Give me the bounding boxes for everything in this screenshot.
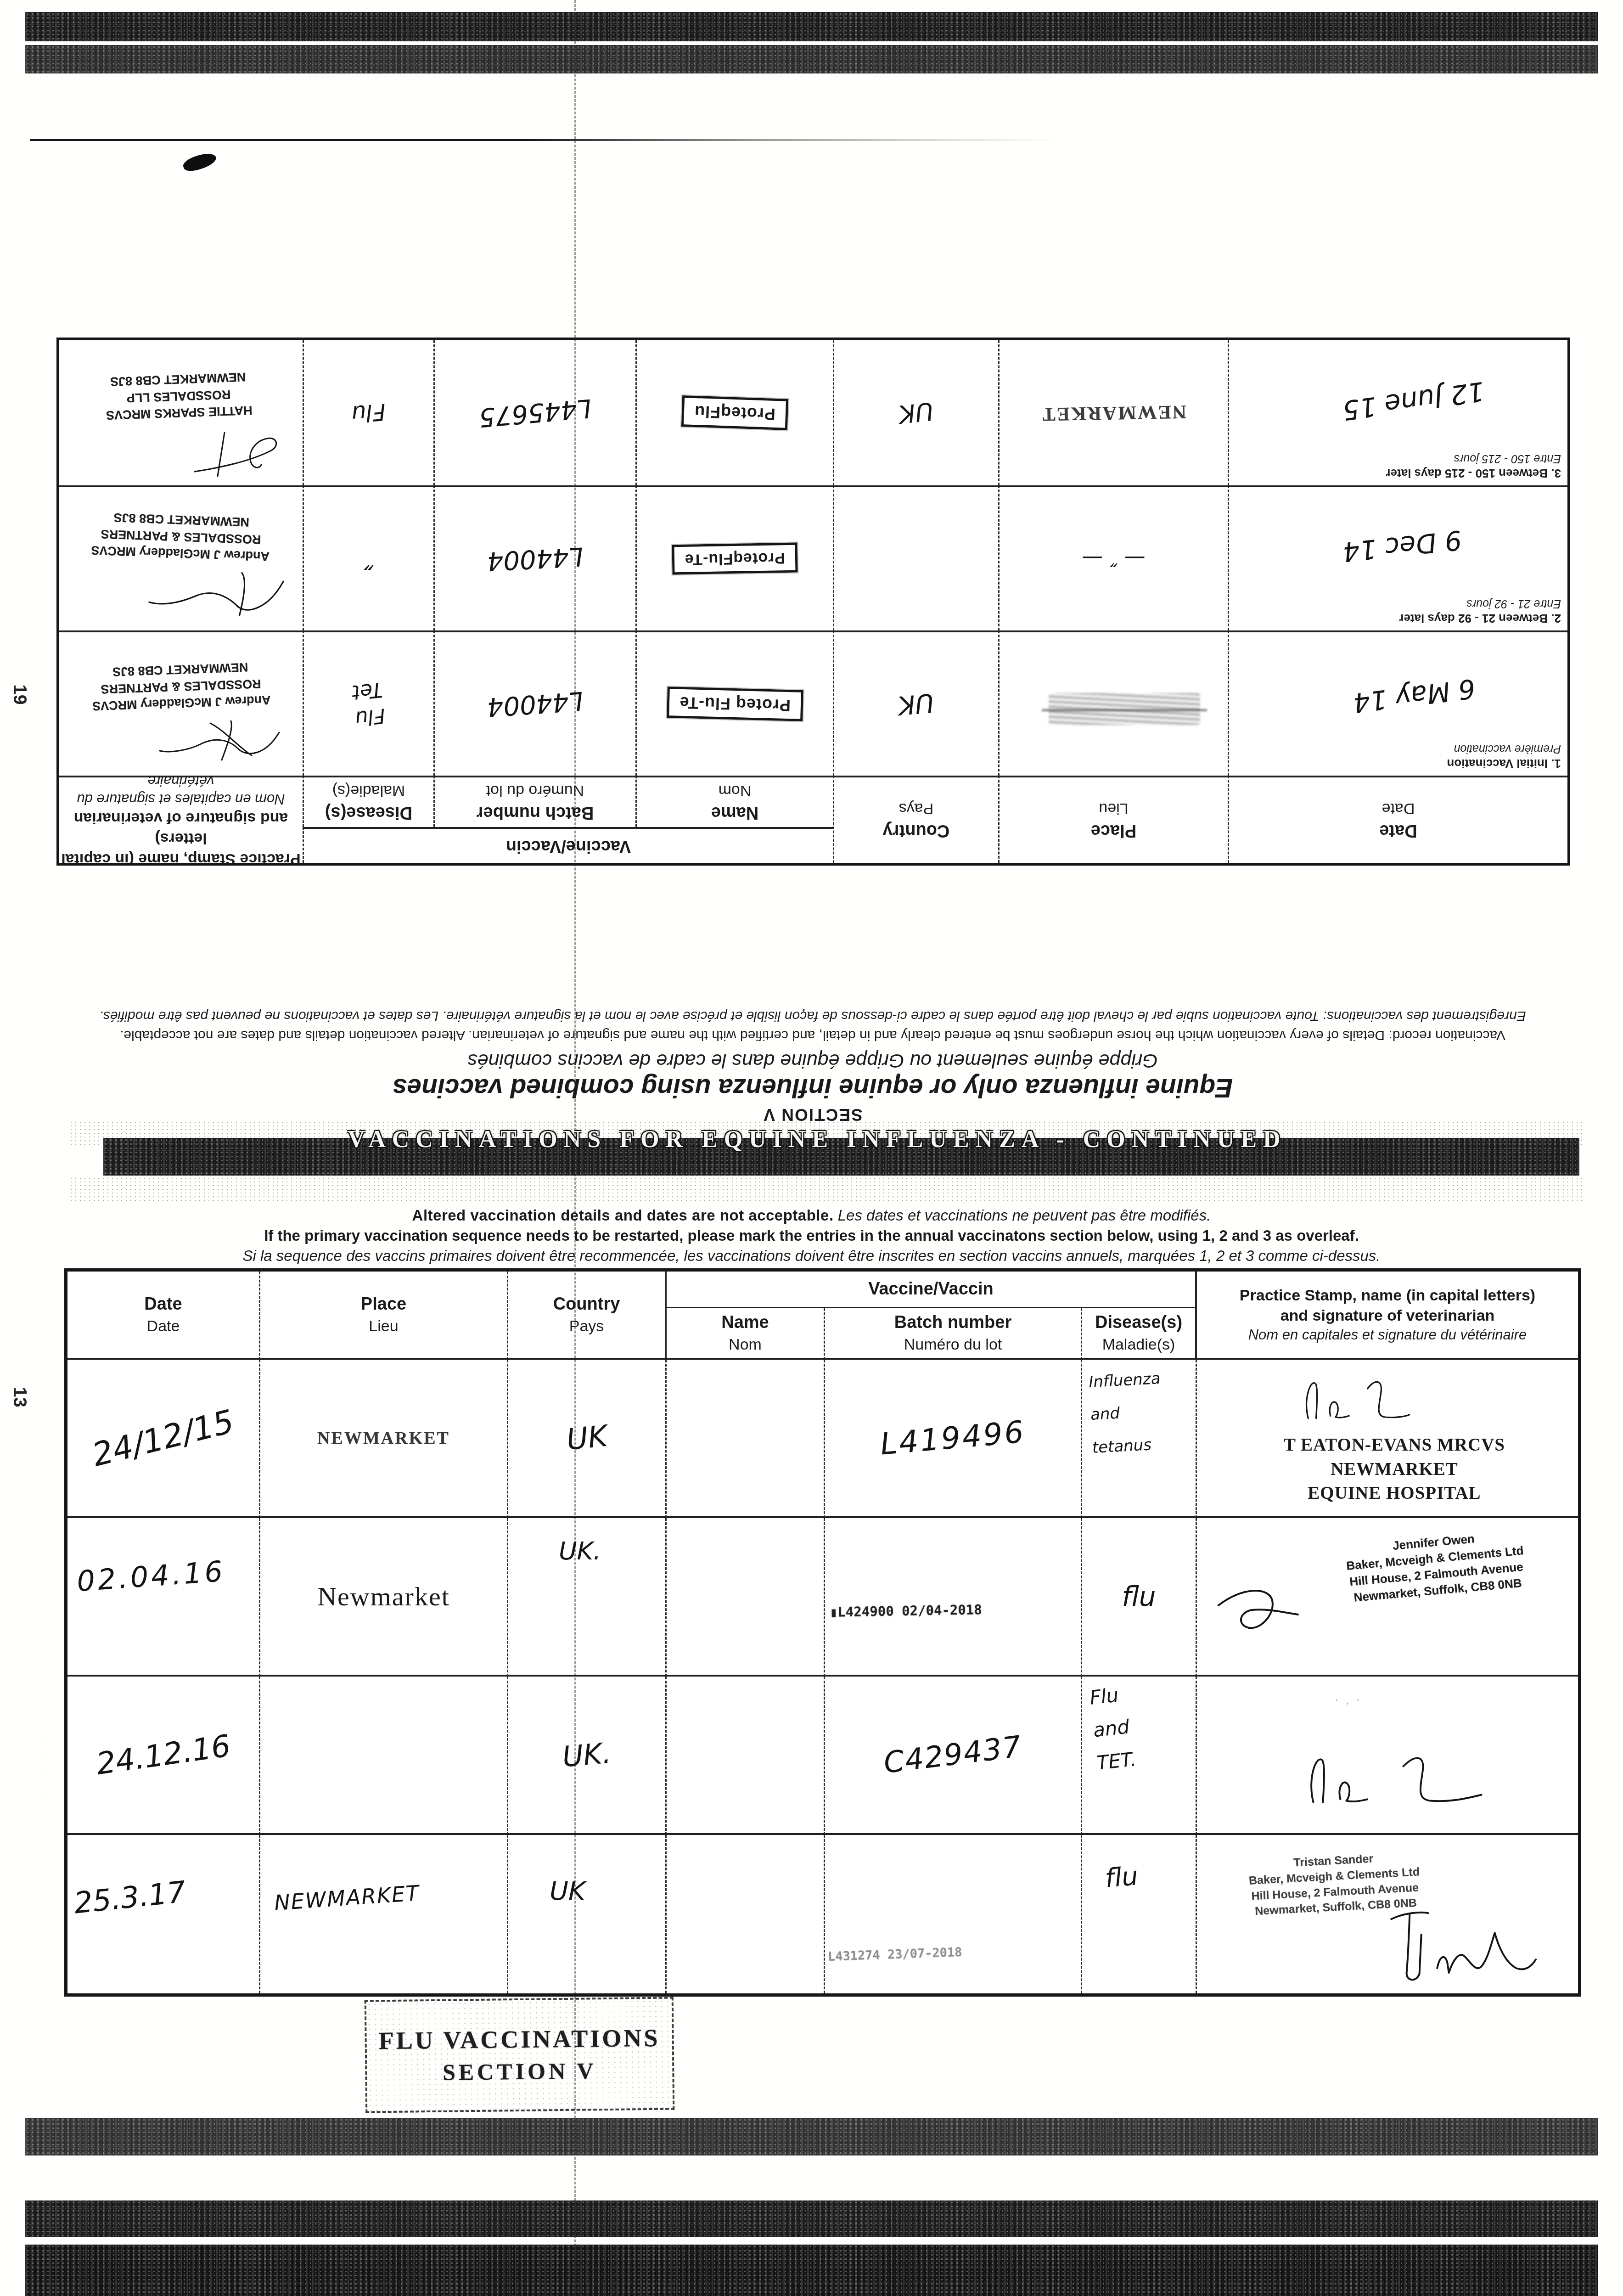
batch-cell: C429437 xyxy=(825,1677,1082,1835)
flu-vaccinations-section-stamp: FLU VACCINATIONS SECTION V xyxy=(365,1997,675,2113)
date-cell: 24/12/15 xyxy=(67,1360,260,1518)
date-cell: 3. Between 150 - 215 days later Entre 15… xyxy=(1228,340,1567,485)
batch-sticker-faint: L431274 23/07-2018 xyxy=(828,1945,963,1964)
vaccine-name-cell xyxy=(667,1518,825,1677)
stamp-cell: Andrew J McGladdery MRCVS ROSSDALES & PA… xyxy=(59,630,303,776)
ditto-mark: — ″ — xyxy=(1082,546,1145,571)
flu-stamp-line1: FLU VACCINATIONS xyxy=(379,2024,660,2055)
vaccine-name-cell xyxy=(667,1835,825,1993)
header-name-en: Name xyxy=(711,801,759,823)
handwritten-date: 9 Dec 14 xyxy=(1341,524,1463,568)
disease-cell: Flu and TET. xyxy=(1082,1677,1197,1835)
place-cell xyxy=(998,630,1228,776)
batch-cell: L431274 23/07-2018 xyxy=(825,1835,1082,1993)
header-stamp-fr: Nom en capitales et signature du vétérin… xyxy=(1248,1326,1527,1344)
row-label-fr: Première vaccination xyxy=(1229,742,1561,756)
restart-note-fr: Si la sequence des vaccins primaires doi… xyxy=(242,1247,1380,1264)
stamp-cell: T EATON-EVANS MRCVS NEWMARKET EQUINE HOS… xyxy=(1197,1360,1578,1518)
header-name-en: Name xyxy=(721,1311,769,1334)
restart-note-line: If the primary vaccination sequence need… xyxy=(0,1227,1623,1244)
country-cell: UK. xyxy=(508,1677,667,1835)
header-stamp: Practice Stamp, name (in capital letters… xyxy=(59,776,303,863)
country-cell: UK xyxy=(833,630,998,776)
handwritten-country: UK. xyxy=(559,1536,601,1565)
signature-tristan-sander xyxy=(1362,1895,1555,1986)
date-cell: 2. Between 21 - 92 days later Entre 21 -… xyxy=(1228,485,1567,630)
batch-cell: L419496 xyxy=(825,1360,1082,1518)
header-place: Place Lieu xyxy=(998,776,1228,863)
handwritten-date: 6 May 14 xyxy=(1351,673,1477,719)
header-country: Country Pays xyxy=(833,776,998,863)
handwritten-date: 24.12.16 xyxy=(94,1728,233,1782)
handwritten-batch: L419496 xyxy=(879,1414,1027,1462)
header-place: Place Lieu xyxy=(260,1272,508,1360)
altered-note-line: Altered vaccination details and dates ar… xyxy=(0,1207,1623,1224)
handwritten-country: UK. xyxy=(561,1736,612,1774)
handwritten-disease: Flu Tet xyxy=(351,676,386,732)
header-place-en: Place xyxy=(1091,819,1136,841)
scanned-passport-page: 19 13 Date Date Place Lieu Country Pays … xyxy=(0,0,1623,2296)
vaccine-name-cell xyxy=(667,1677,825,1835)
banner-speckle-bottom xyxy=(69,1176,1584,1203)
header-date: Date Date xyxy=(1228,776,1567,863)
row-label-en: 1. Initial Vaccination xyxy=(1229,756,1561,771)
overleaf-upside-down-section: Date Date Place Lieu Country Pays Vaccin… xyxy=(62,255,1570,866)
stamp-line: NEWMARKET xyxy=(1252,1458,1537,1482)
header-country-en: Country xyxy=(553,1293,620,1316)
row-label-fr: Entre 150 - 215 jours xyxy=(1229,451,1561,466)
date-cell: 1. Initial Vaccination Première vaccinat… xyxy=(1228,630,1567,776)
restart-note-en: If the primary vaccination sequence need… xyxy=(264,1227,1359,1244)
batch-sticker: ▮L424900 02/04-2018 xyxy=(830,1602,982,1620)
vaccine-name-stamp: Proteq Flu-Te xyxy=(667,687,803,721)
disease-cell: ″ xyxy=(303,485,433,630)
header-batch-fr: Numéro du lot xyxy=(904,1334,1002,1355)
handwritten-batch: C429437 xyxy=(882,1729,1024,1780)
header-stamp: Practice Stamp, name (in capital letters… xyxy=(1197,1272,1578,1360)
section-v-title-fr: Grippe équine seulement ou Grippe équine… xyxy=(92,1049,1533,1072)
primary-vaccination-table: Date Date Place Lieu Country Pays Vaccin… xyxy=(56,338,1570,866)
header-name: Name Nom xyxy=(635,776,833,827)
disease-cell: flu xyxy=(1082,1835,1197,1993)
header-place-fr: Lieu xyxy=(1099,799,1128,819)
header-date-fr: Date xyxy=(147,1316,180,1336)
signature-andrew-mcgladdery xyxy=(142,566,298,626)
place-cell: — ″ — xyxy=(998,485,1228,630)
date-cell: 02.04.16 xyxy=(67,1518,260,1677)
place-cell xyxy=(260,1677,508,1835)
place-cell: Newmarket xyxy=(260,1518,508,1677)
header-disease-fr: Maladie(s) xyxy=(332,781,405,801)
section-v-note-en: Vaccination record: Details of every vac… xyxy=(92,1025,1533,1045)
row-label-fr: Entre 21 - 92 jours xyxy=(1229,597,1561,611)
stamp-cell: Tristan Sander Baker, Mcveigh & Clements… xyxy=(1197,1835,1578,1993)
flu-stamp-line2: SECTION V xyxy=(443,2057,597,2086)
illegible-stamp-smudge xyxy=(1049,693,1200,725)
section-v-note-fr: Enregistrement des vaccinations: Toute v… xyxy=(92,1006,1533,1025)
header-disease: Disease(s) Maladie(s) xyxy=(1082,1308,1197,1360)
row-label-en: 3. Between 150 - 215 days later xyxy=(1229,466,1561,481)
header-disease: Disease(s) Maladie(s) xyxy=(303,776,433,827)
date-cell: 24.12.16 xyxy=(67,1677,260,1835)
margin-page-number-2: 13 xyxy=(9,1387,30,1407)
handwritten-date: 02.04.16 xyxy=(76,1554,226,1598)
header-name-fr: Nom xyxy=(729,1334,762,1355)
stamp-line: EQUINE HOSPITAL xyxy=(1252,1481,1537,1506)
header-date-en: Date xyxy=(144,1293,182,1316)
header-vaccine-group-label: Vaccine/Vaccin xyxy=(868,1278,994,1300)
margin-page-number-1: 19 xyxy=(9,684,30,705)
section-v-title-en: Equine influenza only or equine influenz… xyxy=(92,1073,1533,1103)
handwritten-disease: flu xyxy=(1104,1861,1139,1894)
handwritten-country: UK xyxy=(550,1876,585,1906)
ditto-mark: ″ xyxy=(364,543,374,575)
header-place-en: Place xyxy=(361,1293,406,1316)
altered-note-en: Altered vaccination details and dates ar… xyxy=(412,1207,834,1224)
scan-bar-top-1 xyxy=(25,12,1598,41)
page-fold-line xyxy=(574,0,576,2296)
signature-hattie-sparks xyxy=(156,421,293,481)
place-stamp: NEWMARKET xyxy=(1041,400,1186,425)
scan-bar-bottom-1 xyxy=(25,2118,1598,2155)
handwritten-country: UK xyxy=(898,397,935,429)
header-disease-en: Disease(s) xyxy=(325,801,412,823)
header-vaccine-group-label: Vaccine/Vaccin xyxy=(506,834,631,857)
header-name-fr: Nom xyxy=(719,781,752,801)
signature-large-cursive xyxy=(1247,1736,1541,1814)
header-batch-en: Batch number xyxy=(477,801,594,823)
stamp-cell: HATTIE SPARKS MRCVS ROSSDALES LLP NEWMAR… xyxy=(59,340,303,485)
batch-cell: L44004 xyxy=(433,485,635,630)
stamp-cell: Andrew J McGladdery MRCVS ROSSDALES & PA… xyxy=(59,485,303,630)
handwritten-country: UK xyxy=(897,687,935,720)
scan-bar-top-2 xyxy=(25,45,1598,73)
vaccine-name-cell: Proteq Flu-Te xyxy=(635,630,833,776)
header-vaccine-group: Vaccine/Vaccin xyxy=(667,1272,1197,1308)
row-label: 3. Between 150 - 215 days later Entre 15… xyxy=(1229,451,1567,485)
header-stamp-en1: Practice Stamp, name (in capital letters… xyxy=(1240,1285,1535,1306)
restart-note-line-fr: Si la sequence des vaccins primaires doi… xyxy=(0,1247,1623,1265)
header-batch: Batch number Numéro du lot xyxy=(825,1308,1082,1360)
stamp-cell: ·﹐· xyxy=(1197,1677,1578,1835)
signature-t-eaton-evans xyxy=(1238,1369,1477,1433)
banner-title: VACCINATIONS FOR EQUINE INFLUENZA - CONT… xyxy=(73,1126,1561,1153)
header-disease-en: Disease(s) xyxy=(1095,1311,1182,1334)
handwritten-disease: Flu xyxy=(351,398,387,427)
stamp-cell: Jennifer Owen Baker, Mcveigh & Clements … xyxy=(1197,1518,1578,1677)
header-country-en: Country xyxy=(883,819,950,841)
country-cell: UK xyxy=(833,340,998,485)
handwritten-country: UK xyxy=(565,1419,609,1457)
disease-cell: Flu xyxy=(303,340,433,485)
stamp-line: T EATON-EVANS MRCVS xyxy=(1252,1433,1537,1458)
header-disease-fr: Maladie(s) xyxy=(1102,1334,1175,1355)
header-place-fr: Lieu xyxy=(369,1316,398,1336)
handwritten-disease: flu xyxy=(1122,1581,1156,1612)
country-cell: UK. xyxy=(508,1518,667,1677)
header-date: Date Date xyxy=(67,1272,260,1360)
ink-blob xyxy=(181,150,218,174)
handwritten-batch: L44004 xyxy=(486,686,584,722)
header-stamp-en2: and signature of veterinarian xyxy=(1280,1306,1495,1326)
flu-vaccinations-table: Date Date Place Lieu Country Pays Vaccin… xyxy=(64,1268,1581,1997)
faint-marks: ·﹐· xyxy=(1335,1690,1363,1707)
header-batch-en: Batch number xyxy=(894,1311,1011,1334)
handwritten-date: 25.3.17 xyxy=(73,1875,188,1920)
vaccine-name-stamp: ProteqFlu xyxy=(681,395,788,430)
row-label: 1. Initial Vaccination Première vaccinat… xyxy=(1229,742,1567,776)
vaccine-name-stamp: ProteqFlu-Te xyxy=(672,543,797,575)
vaccine-name-cell: ProteqFlu-Te xyxy=(635,485,833,630)
header-name: Name Nom xyxy=(667,1308,825,1360)
place-cell: NEWMARKET xyxy=(260,1835,508,1993)
batch-cell: L44004 xyxy=(433,630,635,776)
header-stamp-en1: Practice Stamp, name (in capital letters… xyxy=(59,828,303,869)
disease-cell: flu xyxy=(1082,1518,1197,1677)
place-stamp: NEWMARKET xyxy=(317,1428,450,1448)
header-date-fr: Date xyxy=(1382,799,1415,819)
batch-cell: ▮L424900 02/04-2018 xyxy=(825,1518,1082,1677)
handwritten-place: NEWMARKET xyxy=(274,1880,421,1915)
header-country: Country Pays xyxy=(508,1272,667,1360)
section-v-header-upside-down: SECTION V Equine influenza only or equin… xyxy=(92,973,1533,1124)
header-batch: Batch number Numéro du lot xyxy=(433,776,635,827)
vaccine-name-cell: ProteqFlu xyxy=(635,340,833,485)
handwritten-batch: L44004 xyxy=(486,541,584,576)
country-cell xyxy=(833,485,998,630)
scan-bar-bottom-3 xyxy=(25,2245,1598,2296)
header-vaccine-group: Vaccine/Vaccin xyxy=(303,827,833,863)
date-cell: 25.3.17 xyxy=(67,1835,260,1993)
vaccine-name-cell xyxy=(667,1360,825,1518)
row-label: 2. Between 21 - 92 days later Entre 21 -… xyxy=(1229,597,1567,630)
scan-bar-bottom-2 xyxy=(25,2200,1598,2237)
header-batch-fr: Numéro du lot xyxy=(486,781,584,801)
disease-cell: Influenza and tetanus xyxy=(1082,1360,1197,1518)
place-printed: Newmarket xyxy=(317,1581,450,1612)
header-stamp-en2: and signature of veterinarian xyxy=(74,808,288,828)
scan-line xyxy=(30,139,1061,141)
handwritten-date: 24/12/15 xyxy=(89,1402,238,1474)
country-cell: UK xyxy=(508,1835,667,1993)
disease-cell: Flu Tet xyxy=(303,630,433,776)
header-date-en: Date xyxy=(1379,819,1417,841)
country-cell: UK xyxy=(508,1360,667,1518)
handwritten-disease: Influenza and tetanus xyxy=(1088,1362,1165,1464)
altered-note-fr: Les dates et vaccinations ne peuvent pas… xyxy=(838,1207,1211,1224)
signature-andrew-mcgladdery xyxy=(148,714,300,769)
place-cell: NEWMARKET xyxy=(260,1360,508,1518)
place-cell: NEWMARKET xyxy=(998,340,1228,485)
batch-cell: L445675 xyxy=(433,340,635,485)
header-country-fr: Pays xyxy=(899,799,934,819)
handwritten-disease: Flu and TET. xyxy=(1088,1677,1138,1779)
row-label-en: 2. Between 21 - 92 days later xyxy=(1229,611,1561,626)
handwritten-date: 12 June 15 xyxy=(1341,376,1486,427)
header-stamp-fr: Nom en capitales et signature du vétérin… xyxy=(59,771,303,808)
